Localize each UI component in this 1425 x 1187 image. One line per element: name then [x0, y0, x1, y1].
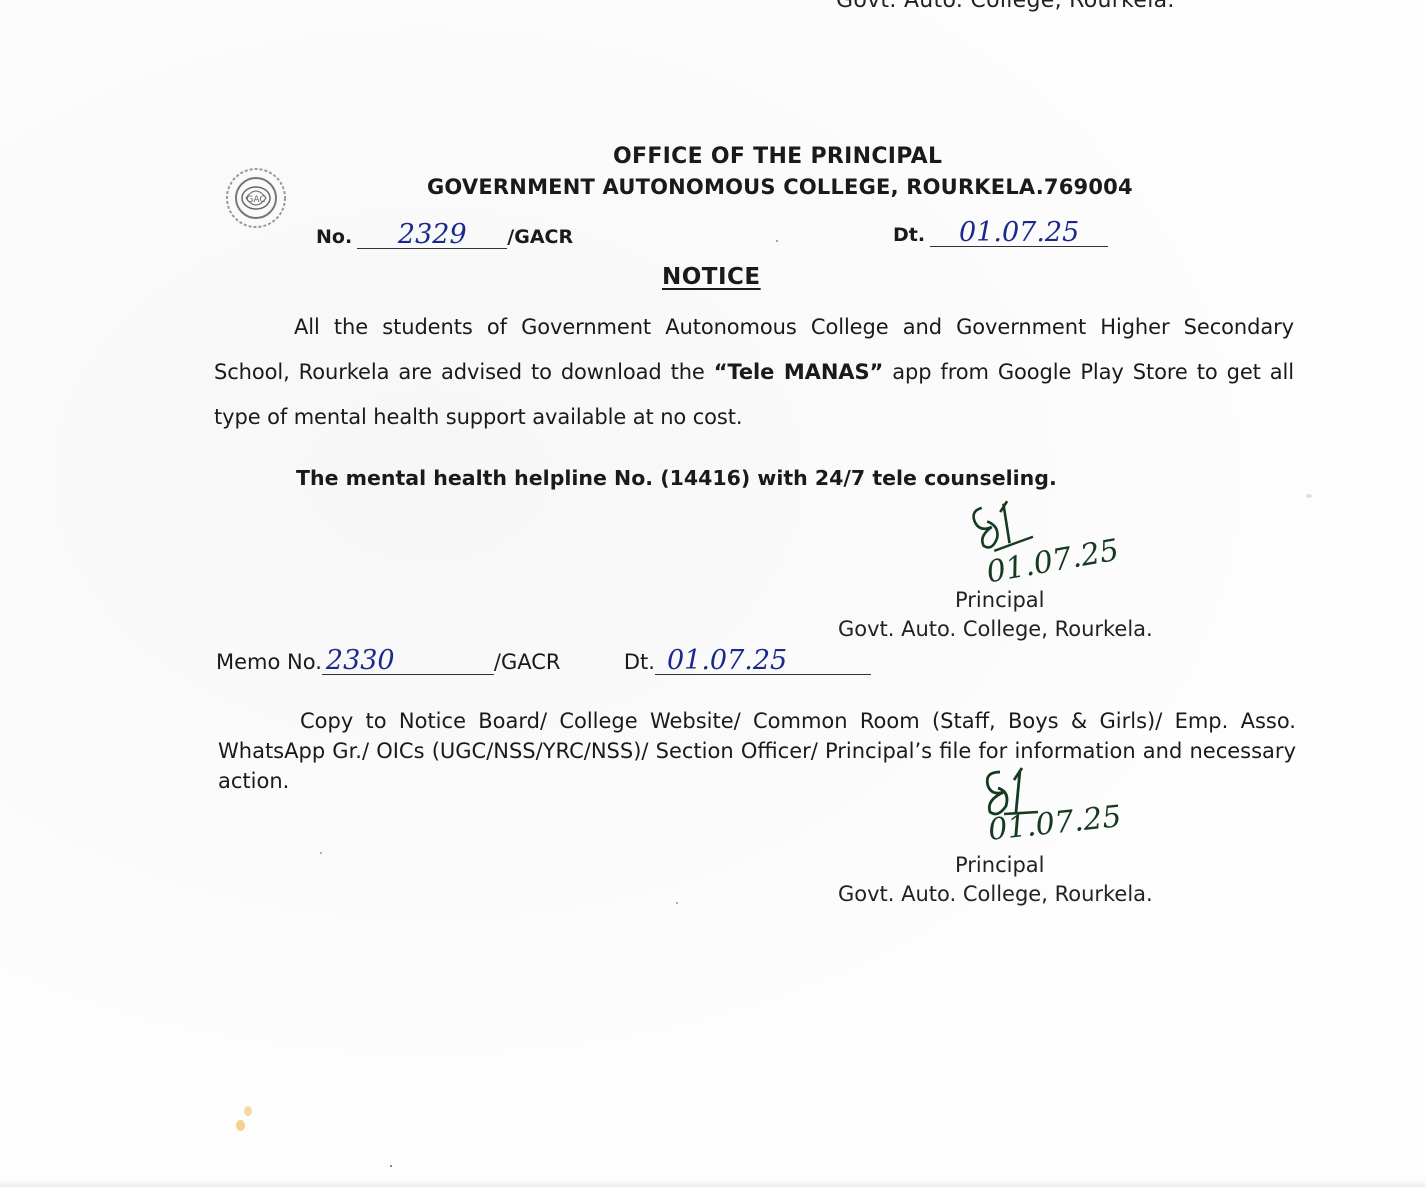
memo-date-label: Dt.	[624, 650, 655, 674]
notice-reference-number: No. 2329/GACR	[316, 222, 573, 249]
date-handwritten: 01.07.25	[930, 220, 1108, 247]
college-seal-icon: GAC	[224, 166, 288, 230]
copy-to-distribution: Copy to Notice Board/ College Website/ C…	[218, 706, 1296, 796]
app-name: “Tele MANAS”	[714, 360, 883, 384]
scan-speck	[1306, 494, 1312, 498]
memo-reference: Memo No.2330/GACR Dt.01.07.25	[216, 648, 871, 675]
scan-speck	[320, 852, 322, 854]
scan-speck	[236, 1120, 245, 1131]
scan-speck	[390, 1165, 392, 1167]
scan-speck	[244, 1106, 252, 1116]
memo-label: Memo No.	[216, 650, 322, 674]
scan-bottom-edge	[0, 1180, 1425, 1187]
scan-speck	[776, 240, 778, 242]
svg-text:GAC: GAC	[246, 195, 265, 205]
notice-body: All the students of Government Autonomou…	[214, 305, 1294, 440]
helpline-statement: The mental health helpline No. (14416) w…	[296, 466, 1057, 490]
reference-no-label: No.	[316, 226, 352, 248]
memo-number-handwritten: 2330	[322, 648, 494, 675]
signature-1-institution: Govt. Auto. College, Rourkela.	[838, 617, 1153, 641]
scanned-notice-page: Govt. Auto. College, Rourkela. GAC OFFIC…	[0, 0, 1425, 1187]
previous-page-footer-text: Govt. Auto. College, Rourkela.	[836, 0, 1175, 13]
date-label: Dt.	[893, 224, 925, 246]
reference-no-handwritten: 2329	[357, 222, 507, 249]
memo-date-handwritten: 01.07.25	[655, 648, 871, 675]
signature-2-designation: Principal	[955, 853, 1045, 877]
signature-2-institution: Govt. Auto. College, Rourkela.	[838, 882, 1153, 906]
reference-no-suffix: /GACR	[507, 226, 573, 248]
notice-date: Dt. 01.07.25	[893, 220, 1108, 247]
scan-speck	[676, 902, 678, 904]
notice-heading: NOTICE	[662, 264, 761, 290]
memo-suffix: /GACR	[494, 650, 561, 674]
college-name-address: GOVERNMENT AUTONOMOUS COLLEGE, ROURKELA.…	[427, 175, 1133, 199]
office-title: OFFICE OF THE PRINCIPAL	[613, 144, 942, 169]
signature-1-designation: Principal	[955, 588, 1045, 612]
